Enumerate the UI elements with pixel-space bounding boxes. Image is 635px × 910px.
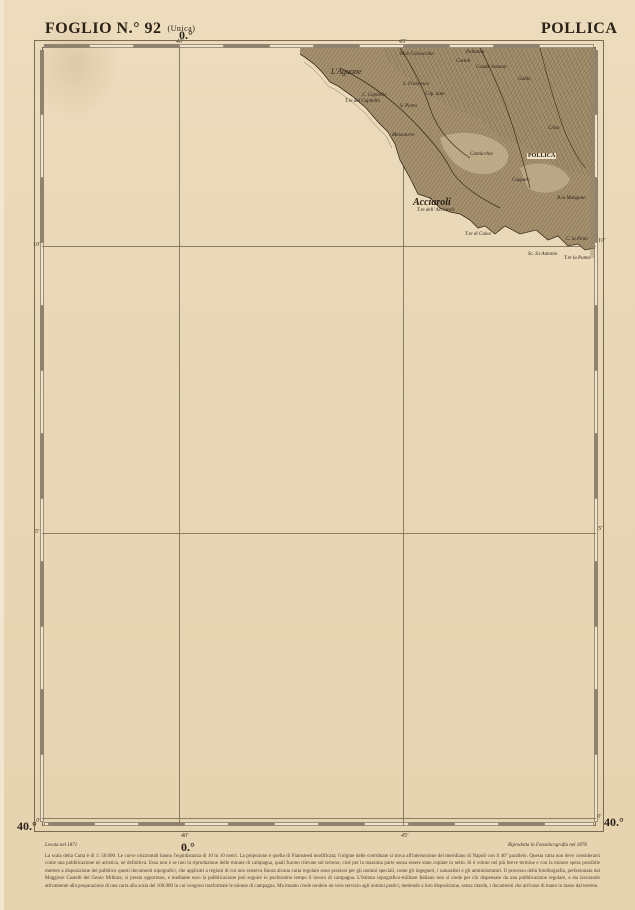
right-minute-5: 5' [598, 526, 602, 532]
place-aguone: L'Aguone [331, 67, 362, 76]
bottom-scale-bar [44, 822, 594, 826]
place-capitello: C. Capitello [362, 93, 386, 98]
place-cannicchio: Cannicchio [470, 152, 493, 157]
sheet-name: POLLICA [541, 20, 617, 38]
map-sheet: FOGLIO N.° 92(Unica) POLLICA 0.° 40' 45' [0, 0, 635, 910]
paper-edge [0, 0, 4, 910]
right-latitude-degree: 40.° [604, 815, 624, 830]
place-acciaroli: Acciaroli [413, 197, 451, 208]
parallel-5 [42, 533, 596, 534]
place-torre-acciaroli: T.re dell' Acciaroli [417, 208, 454, 213]
place-pollica: POLLICA [527, 153, 556, 159]
survey-date: Levata nel 1871 [45, 843, 77, 848]
sheet-title: FOGLIO N.° 92(Unica) [45, 20, 195, 38]
left-minute-5: 5' [35, 529, 39, 535]
left-minute-10: 10' [33, 242, 40, 248]
meridian-40 [179, 47, 180, 826]
place-cap-sale: Cap. Sale [425, 92, 444, 97]
place-la-pinta: C. la Pinta [566, 237, 588, 242]
place-mezzatorre: Mezzatorre [392, 133, 415, 138]
bottom-minute-40: 40' [181, 833, 188, 839]
place-s-antonio: Sc. S.t Antonio [528, 252, 557, 257]
right-minute-0: 0' [597, 814, 601, 820]
right-minute-10: 10' [598, 238, 605, 244]
place-cornacchia: M.te Cornacchia [400, 52, 434, 57]
reproduction-date: Riprodotta in Fotozincografia nel 1878 [508, 843, 587, 848]
place-torre-punta: T.re la Punta [564, 256, 590, 261]
parallel-0 [42, 818, 596, 819]
place-galdo: Galdo [518, 77, 531, 82]
place-s-pietro: S. Pietro [400, 104, 417, 109]
sheet-number: FOGLIO N.° 92 [45, 20, 161, 37]
left-latitude-degree: 40.° [17, 819, 37, 834]
place-torre-capitello: T.re del Capitello [345, 99, 380, 104]
place-s-francesco: S. Francesco [403, 82, 429, 87]
place-cartoli: Cartoli [456, 59, 470, 64]
place-torre-caleo: T.re di Caleo [465, 232, 491, 237]
map-notes: La scala della Carta è di 1: 50.000. Le … [45, 853, 600, 890]
place-pollanna: Pollanna [466, 50, 484, 55]
place-casale: Casale Sottano [476, 65, 506, 70]
place-celso: Celso [548, 126, 559, 131]
bottom-minute-45: 45' [401, 833, 408, 839]
left-scale-bar [40, 50, 44, 822]
place-mangano: B.ia Mangano [557, 196, 586, 201]
place-capparo: Capparo [512, 178, 530, 183]
